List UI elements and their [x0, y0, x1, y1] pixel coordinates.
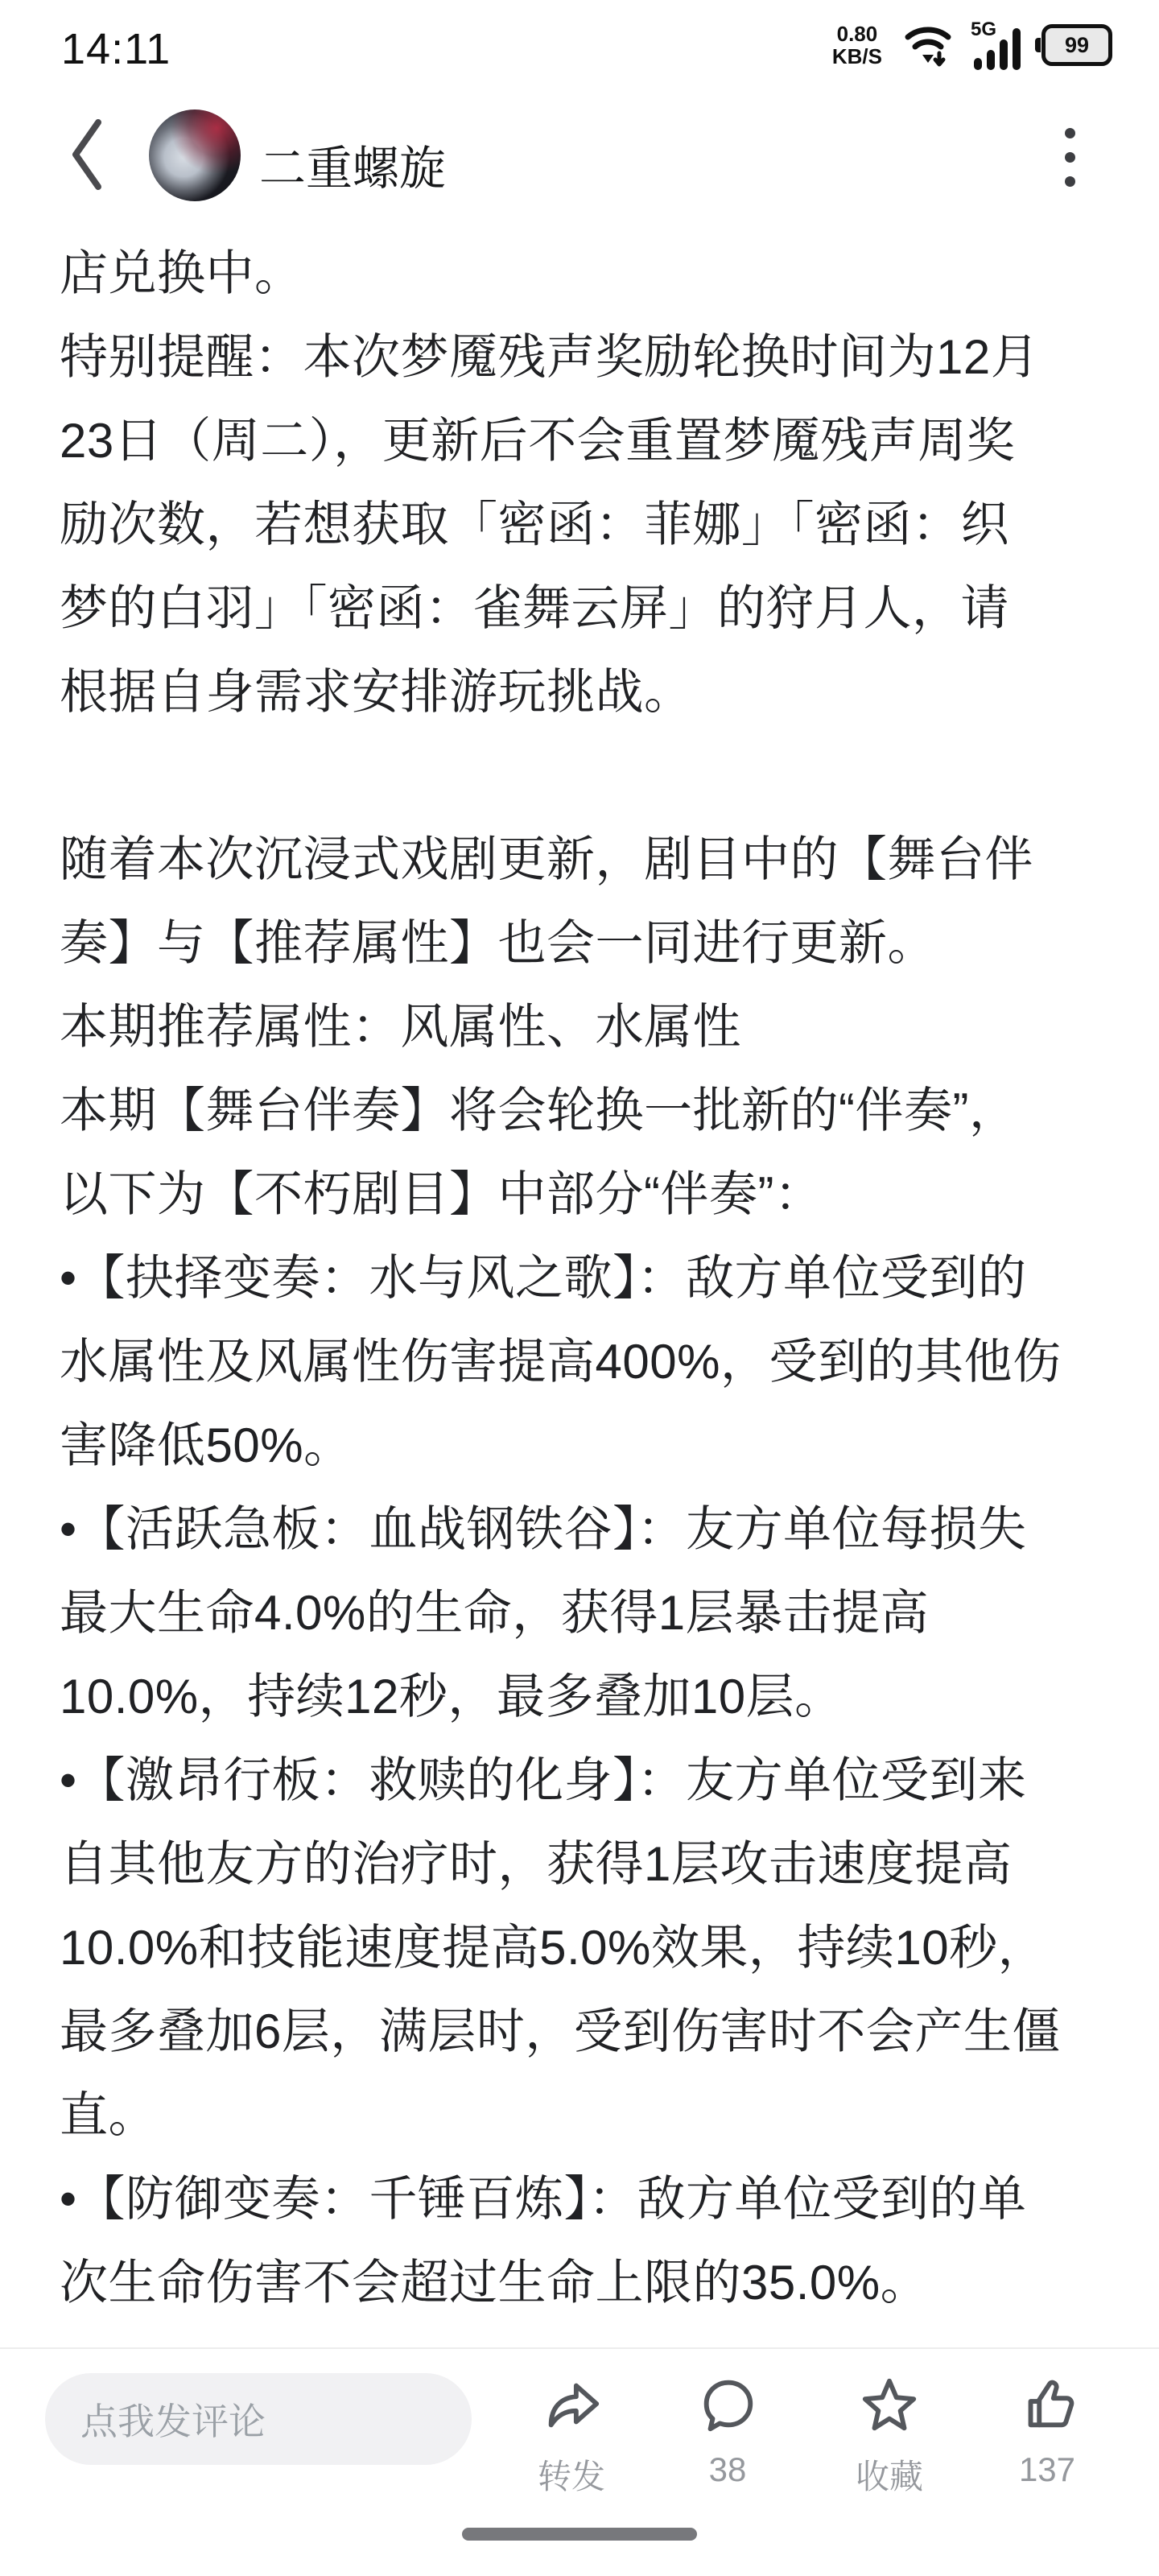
clock: 14:11 [61, 24, 171, 74]
chevron-left-icon [68, 116, 105, 197]
comment-button[interactable]: 38 [663, 2373, 792, 2534]
article-text-line: 10.0%和技能速度提高5.0%效果，持续10秒， [0, 1906, 1159, 1990]
battery-icon: 99 [1041, 24, 1112, 66]
thumbs-up-icon [1016, 2373, 1079, 2436]
favorite-button[interactable]: 收藏 [825, 2373, 954, 2534]
kebab-menu-icon [1065, 128, 1075, 138]
star-icon [858, 2373, 921, 2436]
page-title: 二重螺旋 [259, 130, 446, 198]
favorite-label: 收藏 [856, 2450, 923, 2499]
article-text-line: 以下为【不朽剧目】中部分“伴奏”： [0, 1153, 1159, 1236]
article-text-line: •【激昂行板：救赎的化身】：友方单位受到来 [0, 1739, 1159, 1823]
article-text-line: •【防御变奏：千锤百炼】：敌方单位受到的单 [0, 2157, 1159, 2241]
article-text-line: 梦的白羽」「密函：雀舞云屏」的狩月人，请 [0, 567, 1159, 650]
article-text-line: •【活跃急板：血战钢铁谷】：友方单位每损失 [0, 1488, 1159, 1571]
signal-strength-icon: 5G [974, 20, 1021, 70]
article-scroll-area[interactable]: 店兑换中。特别提醒：本次梦魇残声奖励轮换时间为12月23日（周二），更新后不会重… [0, 221, 1159, 2347]
like-count: 137 [1019, 2450, 1075, 2489]
article-text-line: 随着本次沉浸式戏剧更新，剧目中的【舞台伴 [0, 818, 1159, 902]
article-text-line: •【抉择变奏：水与风之歌】：敌方单位受到的 [0, 1236, 1159, 1320]
battery-level: 99 [1065, 33, 1089, 58]
network-speed-unit: KB/S [832, 45, 882, 68]
share-forward-icon [540, 2373, 603, 2436]
article-text-line: 最多叠加6层，满层时，受到伤害时不会产生僵 [0, 1990, 1159, 2074]
wifi-icon [903, 23, 953, 68]
more-options-button[interactable] [1033, 113, 1106, 201]
network-speed: 0.80 KB/S [832, 23, 882, 68]
article-text-line: 害降低50%。 [0, 1404, 1159, 1488]
avatar[interactable] [149, 109, 241, 201]
article-text-line: 店兑换中。 [0, 232, 1159, 316]
bottom-action-bar: 点我发评论 转发 38 收藏 [0, 2347, 1159, 2576]
share-button[interactable]: 转发 [507, 2373, 636, 2534]
article-text-line: 直。 [0, 2074, 1159, 2157]
share-label: 转发 [538, 2450, 605, 2499]
article-text-line: 励次数，若想获取「密函：菲娜」「密函：织 [0, 483, 1159, 567]
network-type-badge: 5G [971, 19, 996, 41]
article-text-line: 本期【舞台伴奏】将会轮换一批新的“伴奏”， [0, 1069, 1159, 1153]
article-text-line [0, 734, 1159, 818]
article-text-line: 特别提醒：本次梦魇残声奖励轮换时间为12月 [0, 316, 1159, 399]
comment-input-placeholder: 点我发评论 [80, 2392, 266, 2446]
article-text-line: 根据自身需求安排游玩挑战。 [0, 650, 1159, 734]
article-text-line: 23日（周二），更新后不会重置梦魇残声周奖 [0, 399, 1159, 483]
article-text-line: 自其他友方的治疗时，获得1层攻击速度提高 [0, 1823, 1159, 1906]
comment-bubble-icon [696, 2373, 759, 2436]
article-text-line: 奏】与【推荐属性】也会一同进行更新。 [0, 902, 1159, 985]
comment-input[interactable]: 点我发评论 [45, 2373, 472, 2465]
header: 二重螺旋 [0, 90, 1159, 222]
article-text-line: 最大生命4.0%的生命，获得1层暴击提高 [0, 1571, 1159, 1655]
like-button[interactable]: 137 [983, 2373, 1112, 2534]
article-text-line: 本期推荐属性：风属性、水属性 [0, 985, 1159, 1069]
comment-count: 38 [709, 2450, 747, 2489]
back-button[interactable] [50, 108, 122, 204]
article-text-line: 水属性及风属性伤害提高400%，受到的其他伤 [0, 1320, 1159, 1404]
article-text-line: 次生命伤害不会超过生命上限的35.0%。 [0, 2241, 1159, 2325]
network-speed-value: 0.80 [837, 23, 878, 45]
article-text-line: 10.0%，持续12秒，最多叠加10层。 [0, 1655, 1159, 1739]
home-indicator[interactable] [462, 2528, 697, 2541]
status-indicators: 0.80 KB/S 5G 99 [832, 0, 1112, 90]
status-bar: 14:11 0.80 KB/S 5G 99 [0, 0, 1159, 90]
